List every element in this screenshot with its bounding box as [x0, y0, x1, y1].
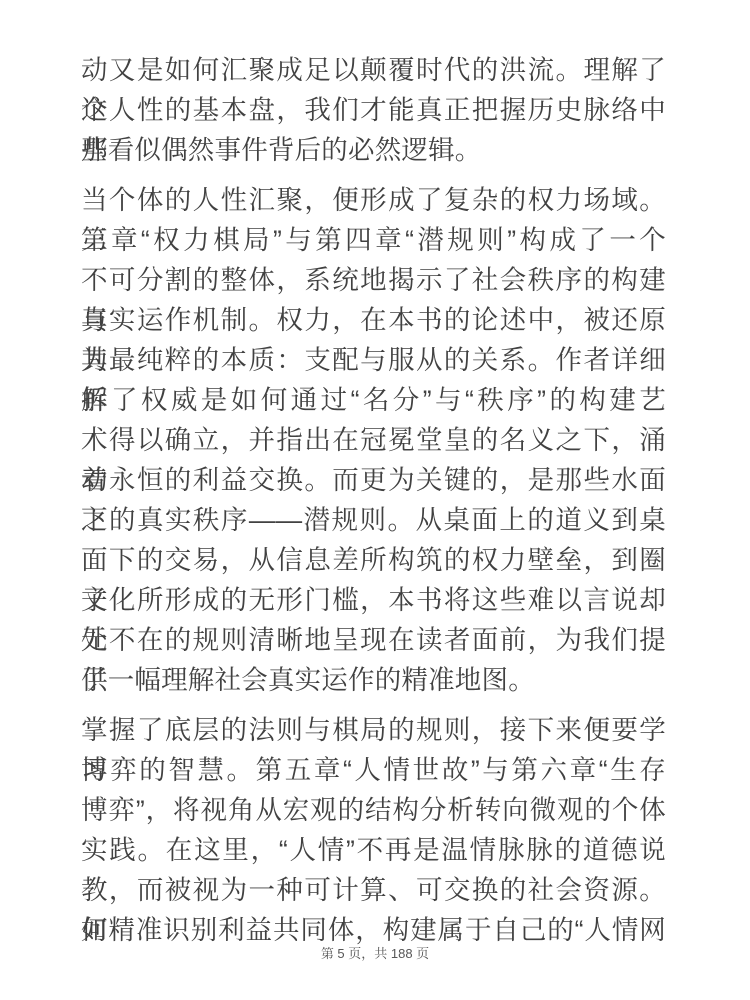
text-line: 动又是如何汇聚成足以颠覆时代的洪流。理解了这	[81, 50, 666, 90]
text-line: 博弈的智慧。第五章“人情世故”与第六章“生存	[81, 750, 666, 790]
text-line: 不可分割的整体，系统地揭示了社会秩序的构建与	[81, 260, 666, 300]
text-line: 面下的交易，从信息差所构筑的权力壁垒，到圈子	[81, 540, 666, 580]
text-line: 三章“权力棋局”与第四章“潜规则”构成了一个	[81, 220, 666, 260]
text-body: 动又是如何汇聚成足以颠覆时代的洪流。理解了这 个人性的基本盘，我们才能真正把握历…	[0, 0, 666, 950]
text-line: 掌握了底层的法则与棋局的规则，接下来便要学习	[81, 710, 666, 750]
text-line: 着永恒的利益交换。而更为关键的，是那些水面之	[81, 460, 666, 500]
paragraph-3: 掌握了底层的法则与棋局的规则，接下来便要学习 博弈的智慧。第五章“人情世故”与第…	[81, 710, 666, 950]
text-line: 当个体的人性汇聚，便形成了复杂的权力场域。第	[81, 180, 666, 220]
text-line: 文化所形成的无形门槛，本书将这些难以言说却无	[81, 580, 666, 620]
text-line: 实践。在这里，“人情”不再是温情脉脉的道德说	[81, 830, 666, 870]
text-line: 了一幅理解社会真实运作的精准地图。	[81, 660, 666, 700]
text-line: 处不在的规则清晰地呈现在读者面前，为我们提供	[81, 620, 666, 660]
text-line: 下的真实秩序——潜规则。从桌面上的道义到桌	[81, 500, 666, 540]
paragraph-1: 动又是如何汇聚成足以颠覆时代的洪流。理解了这 个人性的基本盘，我们才能真正把握历…	[81, 50, 666, 170]
page-number-footer: 第 5 页，共 188 页	[0, 944, 750, 964]
paragraph-2: 当个体的人性汇聚，便形成了复杂的权力场域。第 三章“权力棋局”与第四章“潜规则”…	[81, 180, 666, 700]
document-page: 动又是如何汇聚成足以颠覆时代的洪流。理解了这 个人性的基本盘，我们才能真正把握历…	[0, 0, 750, 1000]
text-line: 术得以确立，并指出在冠冕堂皇的名义之下，涌动	[81, 420, 666, 460]
text-line: 教，而被视为一种可计算、可交换的社会资源。如	[81, 870, 666, 910]
text-line: 解了权威是如何通过“名分”与“秩序”的构建艺	[81, 380, 666, 420]
text-line: 些看似偶然事件背后的必然逻辑。	[81, 130, 666, 170]
text-line: 个人性的基本盘，我们才能真正把握历史脉络中那	[81, 90, 666, 130]
text-line: 博弈”，将视角从宏观的结构分析转向微观的个体	[81, 790, 666, 830]
text-line: 其最纯粹的本质：支配与服从的关系。作者详细拆	[81, 340, 666, 380]
text-line: 真实运作机制。权力，在本书的论述中，被还原为	[81, 300, 666, 340]
